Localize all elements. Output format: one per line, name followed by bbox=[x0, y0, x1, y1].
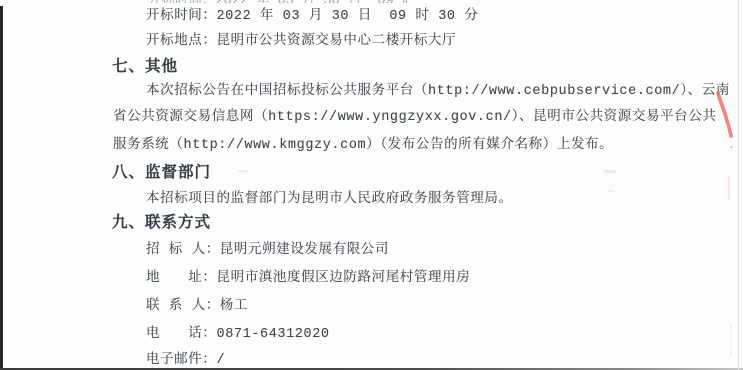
scan-smudge bbox=[238, 170, 248, 172]
bid-opening-time-line: 开标时间：2022 年 03 月 30 日 09 时 30 分 bbox=[146, 9, 478, 26]
bid-opening-place-line: 开标地点：昆明市公共资源交易中心二楼开标大厅 bbox=[146, 34, 456, 51]
scan-smudge bbox=[604, 170, 616, 173]
contact-address-line: 地 址：昆明市滇池度假区边防路河尾村管理用房 bbox=[146, 271, 470, 288]
section-heading-others: 七、其他 bbox=[112, 58, 178, 77]
red-pen-mark bbox=[712, 88, 738, 152]
clipped-previous-line: 开标时间：2022 年 03 月 30 日 09 时 30 分 bbox=[148, 0, 408, 3]
pink-smudge bbox=[728, 176, 730, 200]
scan-smudge bbox=[607, 190, 615, 192]
announcement-media-line-3: 服务系统（http://www.kmggzy.com）（发布公告的所有媒介名称）… bbox=[113, 138, 613, 155]
pink-smudge bbox=[730, 323, 732, 357]
supervision-body-line: 本招标项目的监督部门为昆明市人民政府政务服务管理局。 bbox=[146, 192, 513, 209]
contact-tenderer-line: 招 标 人：昆明元朔建设发展有限公司 bbox=[146, 243, 389, 260]
page-right-edge-line bbox=[738, 0, 739, 370]
page-left-edge-line bbox=[0, 6, 3, 370]
contact-phone-line: 电 话：0871-64312020 bbox=[146, 327, 330, 344]
section-heading-contact: 九、联系方式 bbox=[112, 214, 211, 233]
announcement-media-line-1: 本次招标公告在中国招标投标公共服务平台（http://www.cebpubser… bbox=[146, 84, 730, 101]
contact-person-line: 联 系 人：杨工 bbox=[146, 299, 248, 316]
clipped-previous-line-text: 开标时间：2022 年 03 月 30 日 09 时 30 分 bbox=[148, 0, 408, 3]
announcement-media-line-2: 省公共资源交易信息网（https://www.ynggzyxx.gov.cn/）… bbox=[113, 110, 717, 127]
section-heading-supervision: 八、监督部门 bbox=[112, 164, 211, 183]
scanned-document-page: 开标时间：2022 年 03 月 30 日 09 时 30 分 开标时间：202… bbox=[0, 0, 743, 370]
